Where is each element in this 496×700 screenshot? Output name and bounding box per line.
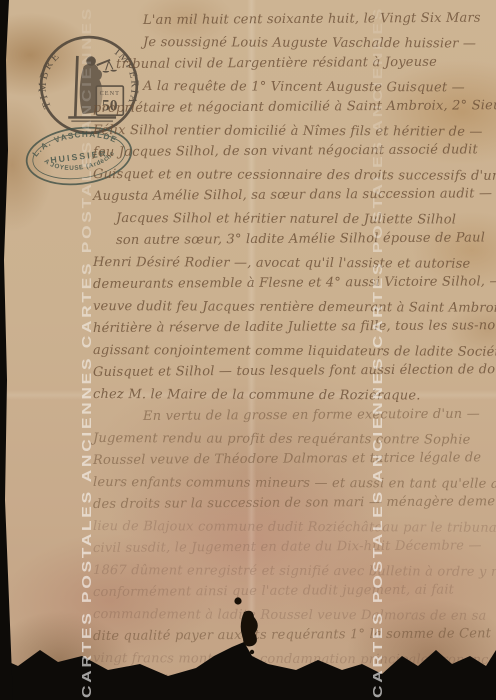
paper-sheet: L'an mil huit cent soixante huit, le Vin… (0, 0, 496, 700)
manuscript-line: feu Jacques Silhol, de son vivant négoci… (93, 139, 496, 164)
manuscript-line: conformément ainsi que l'acte dudit juge… (93, 579, 496, 604)
manuscript-line: des droits sur la succession de son mari… (93, 491, 496, 516)
document-photo: L'an mil huit cent soixante huit, le Vin… (0, 0, 496, 700)
manuscript-line: demeurants ensemble à Flesne et 4° aussi… (93, 271, 496, 296)
manuscript-line: Augusta Amélie Silhol, sa sœur dans la s… (93, 183, 496, 208)
manuscript-line: En vertu de la grosse en forme exécutoir… (143, 404, 496, 428)
manuscript-line: Roussel veuve de Théodore Dalmoras et tu… (93, 447, 496, 472)
manuscript-line: civil susdit, le Jugement en date du Dix… (93, 535, 496, 560)
manuscript-line: par ledit jugement outre Soixante francs… (116, 667, 496, 692)
manuscript-line: propriétaire et négociant domicilié à Sa… (93, 95, 496, 120)
manuscript-text: L'an mil huit cent soixante huit, le Vin… (0, 10, 496, 692)
manuscript-line: L'an mil huit cent soixante huit, le Vin… (143, 8, 496, 32)
manuscript-line: son autre sœur, 3° ladite Amélie Silhol … (116, 227, 496, 252)
manuscript-line: Guisquet et Silhol — tous lesquels font … (93, 359, 496, 384)
manuscript-line: héritière à réserve de ladite Juliette s… (93, 315, 496, 340)
manuscript-line: tribunal civil de Largentière résidant à… (116, 51, 496, 76)
manuscript-line: dite qualité payer auxdits requérants 1°… (93, 623, 496, 648)
